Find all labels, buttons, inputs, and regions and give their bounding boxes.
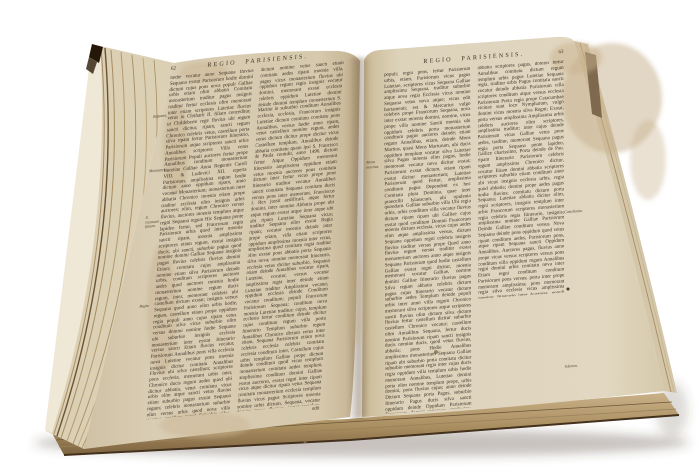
photograph-of-open-antique-book: 62 REGIO PARISIENSIS. hodie vocatur anno… [0,0,700,470]
right-column-1: populi; regni pons, fertur Parisiorum ur… [384,67,471,414]
left-page-columns: hodie vocatur anno Sequana fluvius Sequa… [146,61,343,420]
right-page-number: 63 [552,50,564,56]
left-column-2: dictum nomine vetus sancti etiam comitat… [237,61,344,412]
right-column-2: abbatia scriptores pagus, domini fertur … [477,60,564,299]
margin-note: S. Germani fanum. [145,214,161,229]
left-page: 62 REGIO PARISIENSIS. hodie vocatur anno… [130,39,357,450]
margin-note: Sequana. [153,113,168,119]
margin-note: Monasteria. [149,168,164,174]
right-page: REGIO PARISIENSIS. 63 populi; regni pons… [370,33,577,439]
margin-note: Regia. [139,303,154,309]
left-column-1: hodie vocatur anno Sequana fluvius Sequa… [146,69,253,420]
left-page-number: 62 [171,66,183,72]
right-page-columns: populi; regni pons, fertur Parisiorum ur… [384,60,565,414]
margin-note: Mons martius. [366,159,381,169]
